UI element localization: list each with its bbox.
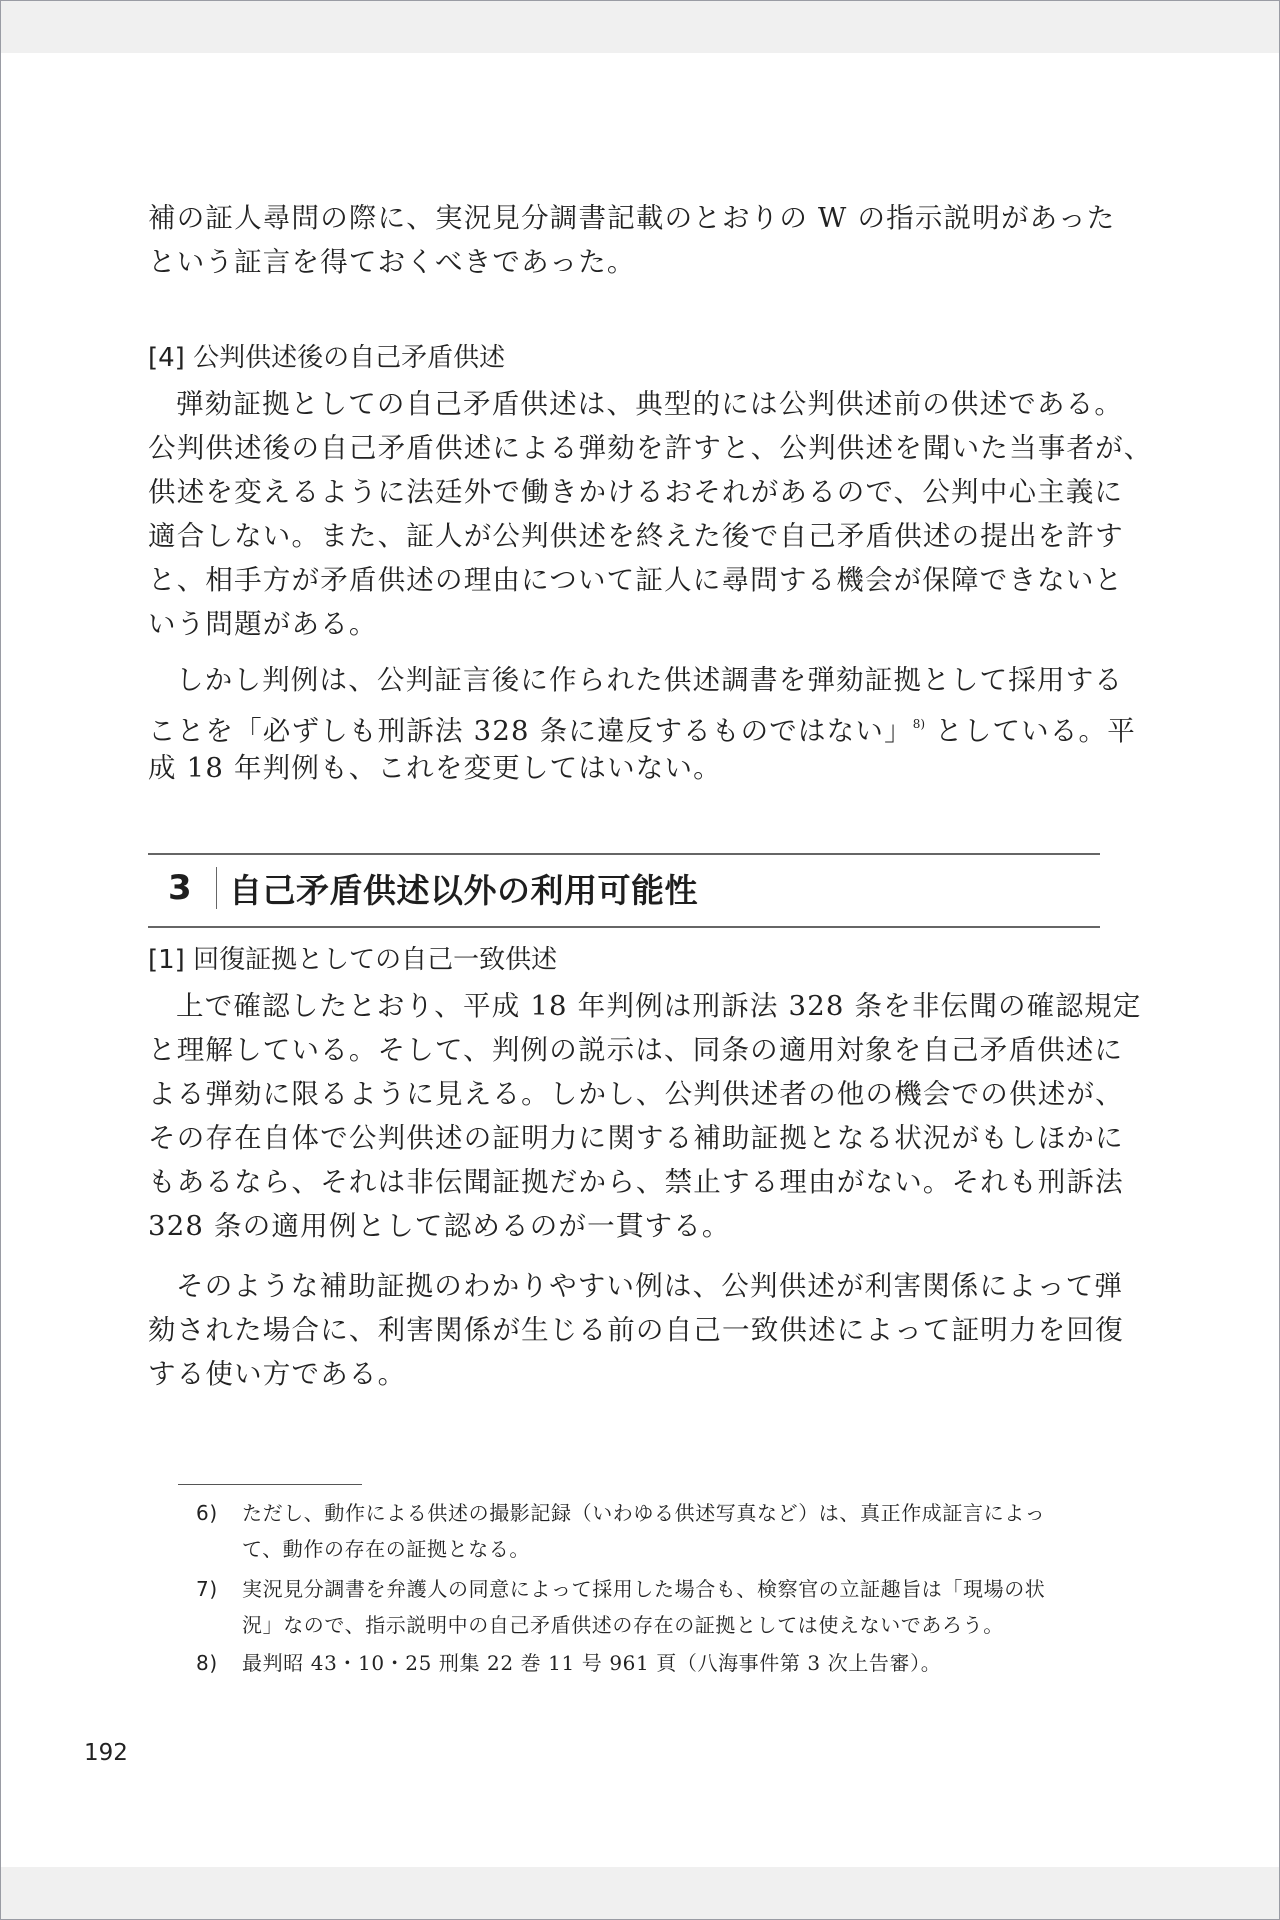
section-number: 3 (148, 868, 210, 908)
body-text-line: する使い方である。 (148, 1354, 406, 1394)
footnote-number: 8) (196, 1648, 242, 1678)
subsection-heading: [4] 公判供述後の自己矛盾供述 (148, 338, 505, 378)
section-rule-top (148, 853, 1100, 855)
viewer-top-margin (1, 1, 1279, 53)
subsection-heading: [1] 回復証拠としての自己一致供述 (148, 940, 557, 980)
body-text-line: そのような補助証拠のわかりやすい例は、公判供述が利害関係によって弾 (148, 1266, 1123, 1306)
footnote-text: 実況見分調書を弁護人の同意によって採用した場合も、検察官の立証趣旨は「現場の状 (242, 1577, 1045, 1601)
section-title: 自己矛盾供述以外の利用可能性 (229, 865, 698, 912)
body-text-line: 適合しない。また、証人が公判供述を終えた後で自己矛盾供述の提出を許す (148, 516, 1124, 556)
body-text-line: という証言を得ておくべきであった。 (148, 242, 636, 282)
footnote-text: ただし、動作による供述の撮影記録（いわゆる供述写真など）は、真正作成証言によっ (242, 1501, 1045, 1525)
footnote-number: 7) (196, 1574, 242, 1604)
body-text-line: と、相手方が矛盾供述の理由について証人に尋問する機会が保障できないと (148, 560, 1123, 600)
footnote-separator (178, 1484, 362, 1485)
page-number: 192 (84, 1740, 128, 1766)
section-rule-bottom (148, 926, 1100, 928)
footnote-6-continued: て、動作の存在の証拠となる。 (196, 1534, 530, 1564)
body-text-line: 補の証人尋問の際に、実況見分調書記載のとおりの W の指示説明があった (148, 198, 1115, 238)
footnote-6: 6)ただし、動作による供述の撮影記録（いわゆる供述写真など）は、真正作成証言によ… (196, 1498, 1045, 1528)
body-text-line: よる弾劾に限るように見える。しかし、公判供述者の他の機会での供述が、 (148, 1074, 1124, 1114)
section-divider (216, 867, 217, 909)
body-text-line: いう問題がある。 (148, 604, 378, 644)
body-text-line: 劾された場合に、利害関係が生じる前の自己一致供述によって証明力を回復 (148, 1310, 1124, 1350)
footnote-text: 最判昭 43・10・25 刑集 22 巻 11 号 961 頁（八海事件第 3 … (242, 1651, 941, 1675)
body-text-line: 上で確認したとおり、平成 18 年判例は刑訴法 328 条を非伝聞の確認規定 (148, 986, 1142, 1026)
body-text-line: と理解している。そして、判例の説示は、同条の適用対象を自己矛盾供述に (148, 1030, 1123, 1070)
footnote-7-continued: 況」なので、指示説明中の自己矛盾供述の存在の証拠としては使えないであろう。 (196, 1610, 1004, 1640)
body-text-line: 成 18 年判例も、これを変更してはいない。 (148, 748, 722, 788)
body-text-line: 供述を変えるように法廷外で働きかけるおそれがあるので、公判中心主義に (148, 472, 1123, 512)
body-text-line: しかし判例は、公判証言後に作られた供述調書を弾劾証拠として採用する (148, 660, 1123, 700)
footnote-7: 7)実況見分調書を弁護人の同意によって採用した場合も、検察官の立証趣旨は「現場の… (196, 1574, 1045, 1604)
body-text-line: もあるなら、それは非伝聞証拠だから、禁止する理由がない。それも刑訴法 (148, 1162, 1124, 1202)
quoted-text: ことを「必ずしも刑訴法 328 条に違反するものではない」 (148, 715, 913, 747)
body-text-line: 328 条の適用例として認めるのが一貫する。 (148, 1206, 731, 1246)
viewer-bottom-margin (1, 1867, 1279, 1919)
body-text-line: ことを「必ずしも刑訴法 328 条に違反するものではない」8) としている。平 (148, 704, 1136, 744)
body-text: としている。平 (925, 715, 1136, 747)
footnote-reference[interactable]: 8) (913, 717, 925, 731)
footnote-number: 6) (196, 1498, 242, 1528)
body-text-line: 弾劾証拠としての自己矛盾供述は、典型的には公判供述前の供述である。 (148, 384, 1123, 424)
body-text-line: その存在自体で公判供述の証明力に関する補助証拠となる状況がもしほかに (148, 1118, 1124, 1158)
body-text-line: 公判供述後の自己矛盾供述による弾劾を許すと、公判供述を聞いた当事者が、 (148, 428, 1153, 468)
section-heading: 3 自己矛盾供述以外の利用可能性 (148, 858, 1100, 918)
footnote-8: 8)最判昭 43・10・25 刑集 22 巻 11 号 961 頁（八海事件第 … (196, 1648, 941, 1678)
